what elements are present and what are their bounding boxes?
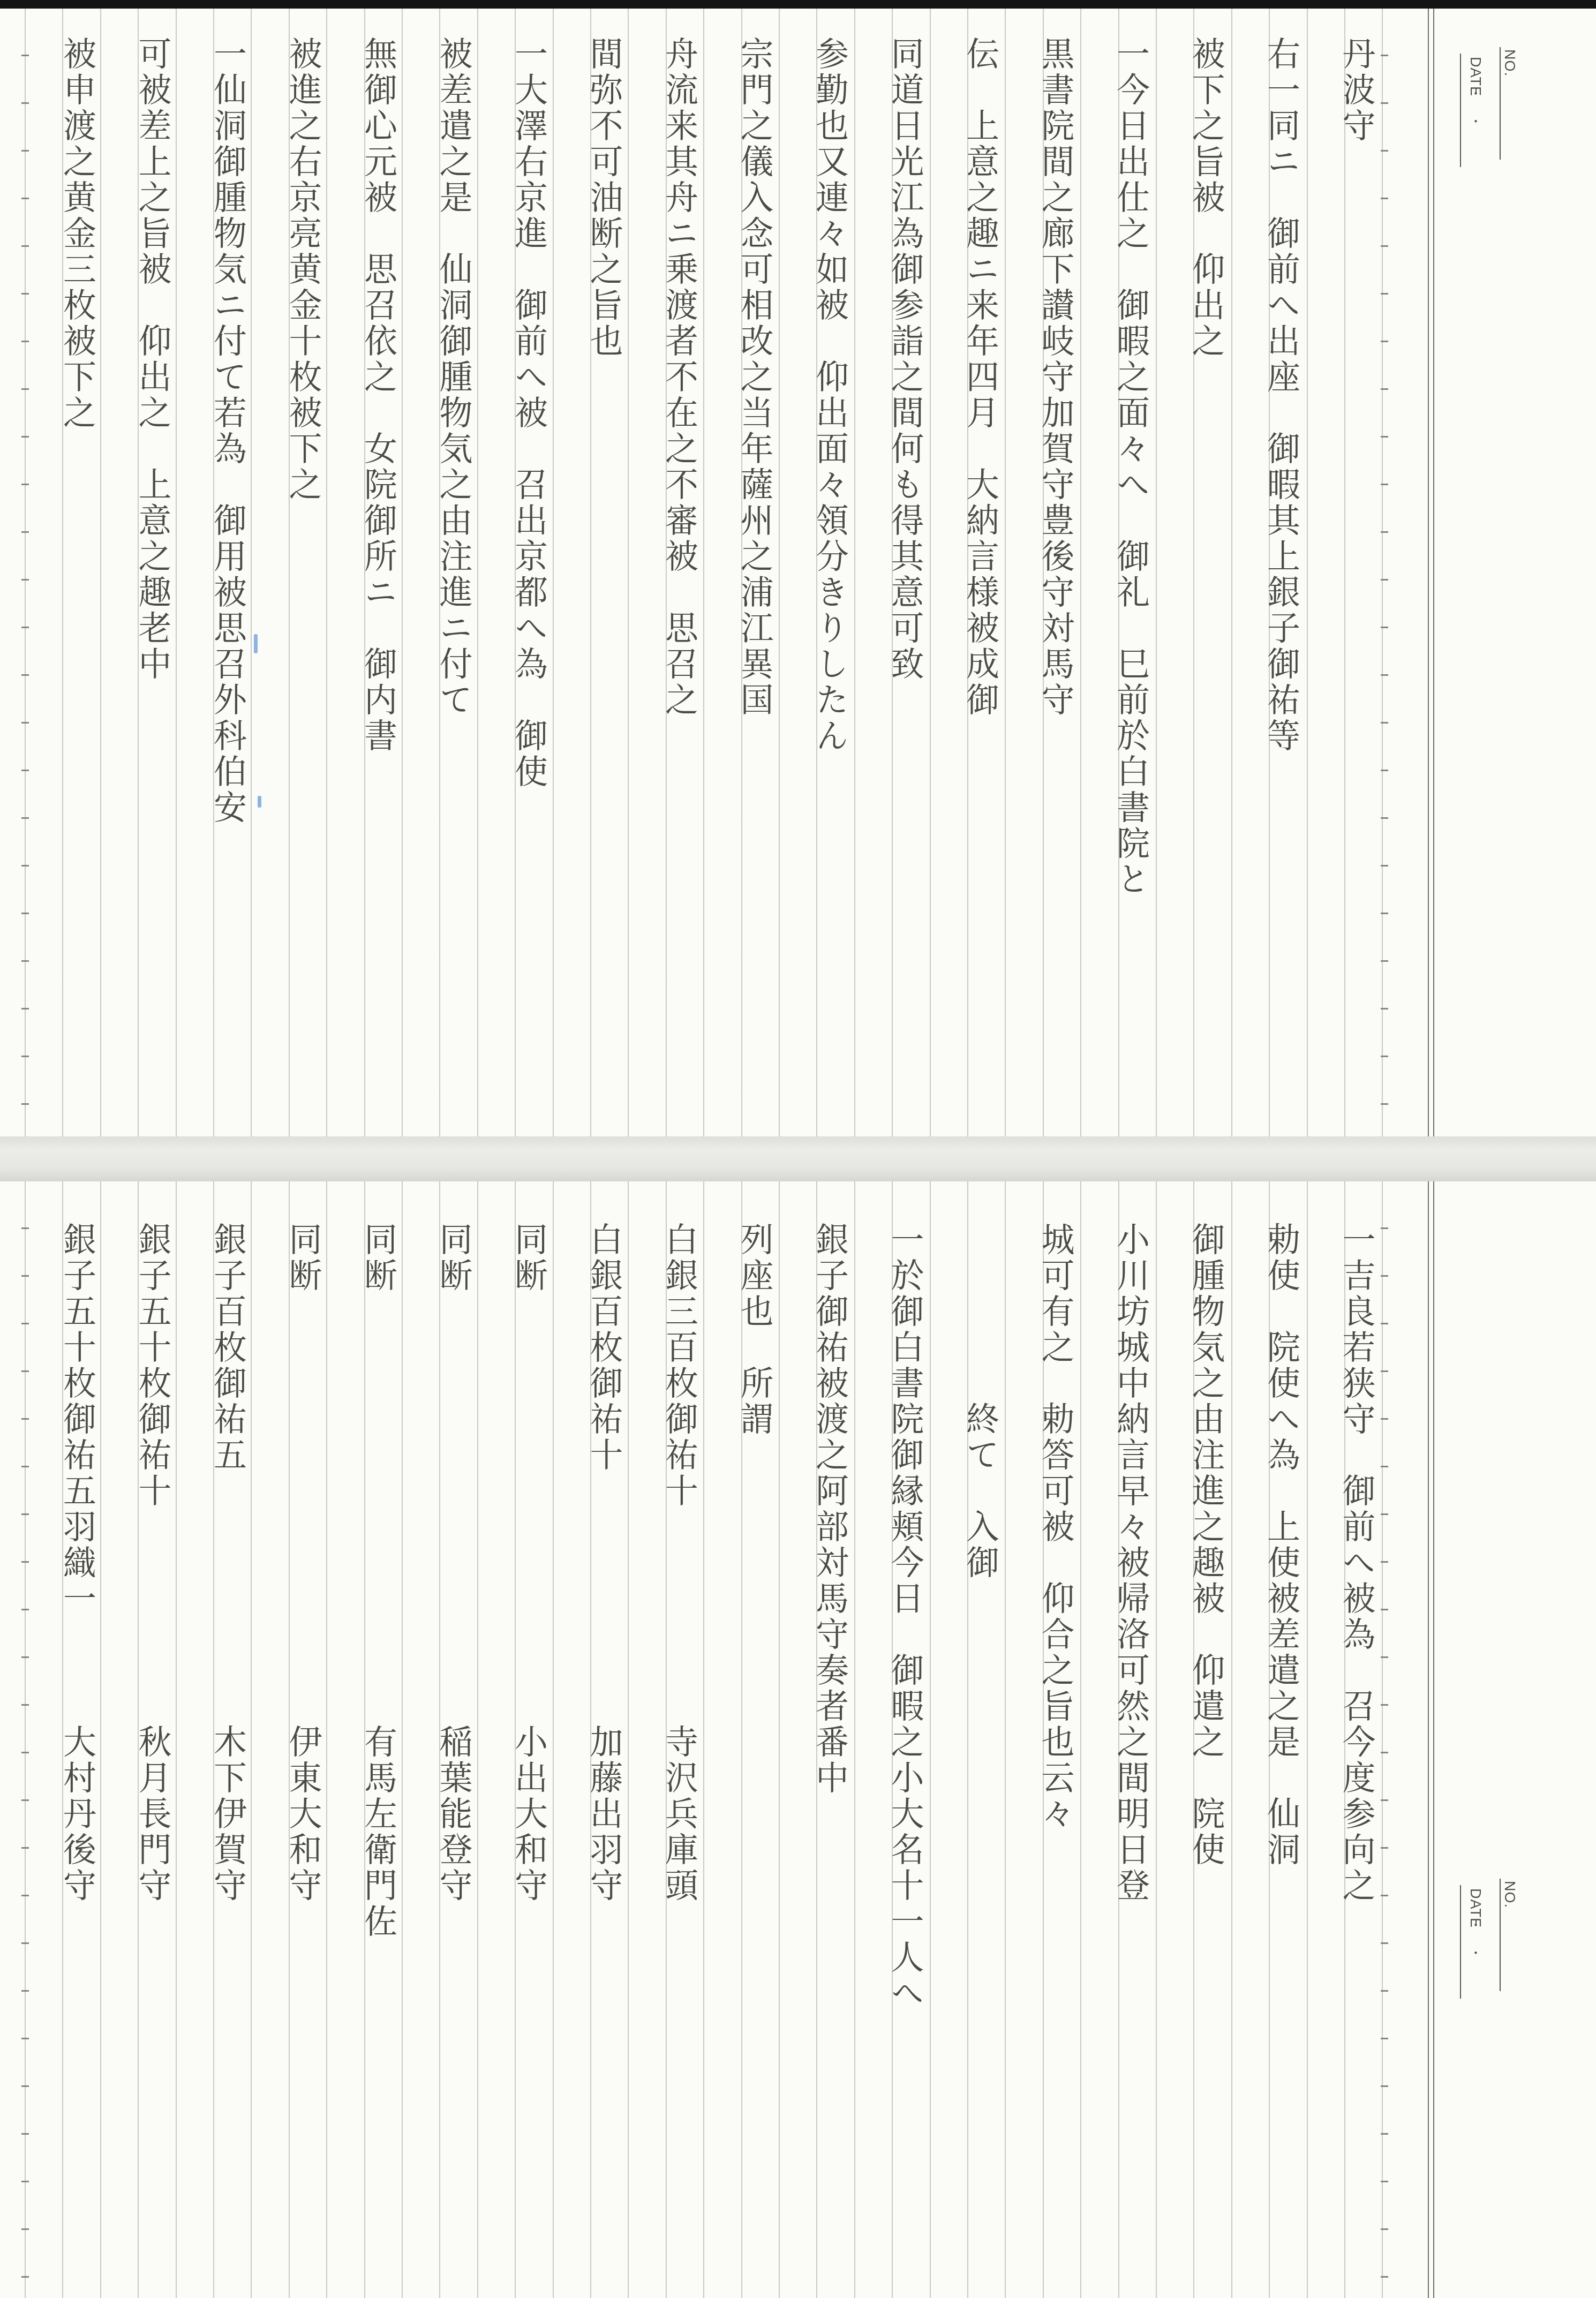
- manuscript-column-text: 被下之旨被 仰出之: [1189, 36, 1222, 359]
- margin-double-line: [1428, 9, 1429, 1136]
- manuscript-column: 可被差上之旨被 仰出之 上意之趣老中: [115, 36, 190, 682]
- manuscript-column: 丹波守: [1319, 36, 1394, 144]
- manuscript-column-text: 右一同ニ 御前へ出座 御暇其上銀子御祐等: [1264, 36, 1298, 754]
- manuscript-column: 参勤也又連々如被 仰出面々領分きりしたん: [792, 36, 867, 754]
- manuscript-column: 被下之旨被 仰出之: [1168, 36, 1243, 359]
- manuscript-column-text: 被進之右京亮黄金十枚被下之: [286, 36, 319, 503]
- margin-tick-line-left: [21, 9, 29, 1136]
- manuscript-column: 被進之右京亮黄金十枚被下之: [265, 36, 340, 503]
- margin-tick-line-left: [21, 1181, 29, 2298]
- manuscript-column: 列座也 所謂: [717, 1222, 792, 1437]
- date-underline: [1460, 1885, 1461, 1999]
- manuscript-column: 同断 稲葉能登守: [416, 1222, 491, 1904]
- no-underline: [1500, 1879, 1501, 1991]
- manuscript-column: 銀子百枚御祐五 木下伊賀守: [190, 1222, 265, 1904]
- date-dots: ・・: [1465, 87, 1484, 142]
- margin-double-line: [1433, 9, 1434, 1136]
- manuscript-column-text: 小川坊城中納言早々被帰洛可然之間明日登: [1114, 1222, 1147, 1904]
- manuscript-column-text: 同断 有馬左衛門佐: [362, 1222, 395, 1940]
- manuscript-column-text: 被申渡之黄金三枚被下之: [61, 36, 94, 431]
- no-label: NO.: [1501, 49, 1518, 77]
- manuscript-column: 一吉良若狭守 御前へ被為 召今度参向之: [1319, 1222, 1394, 1904]
- manuscript-column: 銀子五十枚御祐十 秋月長門守: [115, 1222, 190, 1904]
- manuscript-column-text: 一今日出仕之 御暇之面々へ 御礼 巳前於白書院と: [1114, 36, 1147, 898]
- manuscript-column: 右一同ニ 御前へ出座 御暇其上銀子御祐等: [1244, 36, 1319, 754]
- manuscript-column: 小川坊城中納言早々被帰洛可然之間明日登: [1093, 1222, 1168, 1904]
- manuscript-column: 間弥不可油断之旨也: [566, 36, 641, 359]
- manuscript-column: 宗門之儀入念可相改之当年薩州之浦江異国: [717, 36, 792, 718]
- margin-double-line: [1428, 1181, 1429, 2298]
- notebook-page-2: NO. DATE ・・ 一吉良若狭守 御前へ被為 召今度参向之勅使 院使へ為 上…: [0, 1181, 1596, 2298]
- manuscript-column-text: 舟流来其舟ニ乗渡者不在之不審被 思召之: [663, 36, 696, 718]
- manuscript-column: 御腫物気之由注進之趣被 仰遣之 院使: [1168, 1222, 1243, 1868]
- manuscript-column-text: 丹波守: [1339, 36, 1373, 144]
- manuscript-column: 伝 上意之趣ニ来年四月 大納言様被成御: [943, 36, 1018, 718]
- manuscript-column-text: 城可有之 勅答可被 仰合之旨也云々: [1038, 1222, 1072, 1832]
- manuscript-column: 白銀三百枚御祐十 寺沢兵庫頭: [642, 1222, 717, 1904]
- manuscript-column-text: 白銀三百枚御祐十 寺沢兵庫頭: [663, 1222, 696, 1904]
- manuscript-column-text: 伝 上意之趣ニ来年四月 大納言様被成御: [963, 36, 997, 718]
- manuscript-column: 城可有之 勅答可被 仰合之旨也云々: [1018, 1222, 1093, 1832]
- margin-double-line: [1433, 1181, 1434, 2298]
- manuscript-column-text: 白銀百枚御祐十 加藤出羽守: [587, 1222, 620, 1904]
- manuscript-column-text: 同断 小出大和守: [512, 1222, 545, 1904]
- notebook-page-1: NO. DATE ・・ 丹波守右一同ニ 御前へ出座 御暇其上銀子御祐等被下之旨被…: [0, 9, 1596, 1136]
- manuscript-column: 同断 有馬左衛門佐: [341, 1222, 416, 1940]
- no-label: NO.: [1501, 1881, 1518, 1908]
- manuscript-column-text: 勅使 院使へ為 上使被差遣之是 仙洞: [1264, 1222, 1298, 1868]
- manuscript-column-text: 同道日光江為御参詣之間何も得其意可致: [888, 36, 921, 682]
- manuscript-column-text: 黒書院間之廊下讃岐守加賀守豊後守対馬守: [1038, 36, 1072, 718]
- date-dots: ・・: [1465, 1918, 1484, 1974]
- manuscript-column-text: 終て 入御: [963, 1222, 997, 1581]
- manuscript-column: 一於御白書院御縁頬今日 御暇之小大名十一人へ: [867, 1222, 942, 2011]
- manuscript-column-text: 宗門之儀入念可相改之当年薩州之浦江異国: [737, 36, 771, 718]
- manuscript-column-text: 同断 稲葉能登守: [436, 1222, 470, 1904]
- manuscript-column-text: 一仙洞御腫物気ニ付て若為 御用被思召外科伯安: [211, 36, 244, 826]
- manuscript-column-text: 一於御白書院御縁頬今日 御暇之小大名十一人へ: [888, 1222, 921, 2011]
- manuscript-column-text: 銀子五十枚御祐十 秋月長門守: [135, 1222, 169, 1904]
- no-underline: [1500, 47, 1501, 160]
- manuscript-column: 白銀百枚御祐十 加藤出羽守: [566, 1222, 641, 1904]
- manuscript-column-text: 無御心元被 思召依之 女院御所ニ 御内書: [362, 36, 395, 754]
- manuscript-column: 一今日出仕之 御暇之面々へ 御礼 巳前於白書院と: [1093, 36, 1168, 898]
- sheet-gap-shadow: [0, 1136, 1596, 1181]
- date-underline: [1460, 54, 1461, 167]
- manuscript-column-text: 間弥不可油断之旨也: [587, 36, 620, 359]
- manuscript-column: 同断 小出大和守: [491, 1222, 566, 1904]
- manuscript-column-text: 銀子百枚御祐五 木下伊賀守: [211, 1222, 244, 1904]
- manuscript-column-text: 一大澤右京進 御前へ被 召出京都へ為 御使: [512, 36, 545, 790]
- manuscript-column: 一仙洞御腫物気ニ付て若為 御用被思召外科伯安: [190, 36, 265, 826]
- manuscript-column-text: 御腫物気之由注進之趣被 仰遣之 院使: [1189, 1222, 1222, 1868]
- manuscript-column: 舟流来其舟ニ乗渡者不在之不審被 思召之: [642, 36, 717, 718]
- manuscript-column: 被差遣之是 仙洞御腫物気之由注進ニ付て: [416, 36, 491, 718]
- manuscript-column: 銀子御祐被渡之阿部対馬守奏者番中: [792, 1222, 867, 1796]
- manuscript-column-text: 同断 伊東大和守: [286, 1222, 319, 1904]
- manuscript-column-text: 参勤也又連々如被 仰出面々領分きりしたん: [813, 36, 846, 754]
- manuscript-column-text: 銀子御祐被渡之阿部対馬守奏者番中: [813, 1222, 846, 1796]
- manuscript-column: 同道日光江為御参詣之間何も得其意可致: [867, 36, 942, 682]
- blue-highlight-mark: [258, 796, 261, 808]
- manuscript-column: 被申渡之黄金三枚被下之: [40, 36, 115, 431]
- manuscript-column: 黒書院間之廊下讃岐守加賀守豊後守対馬守: [1018, 36, 1093, 718]
- blue-highlight-mark: [254, 634, 258, 653]
- manuscript-column: 一大澤右京進 御前へ被 召出京都へ為 御使: [491, 36, 566, 790]
- manuscript-column: 終て 入御: [943, 1222, 1018, 1581]
- manuscript-column-text: 一吉良若狭守 御前へ被為 召今度参向之: [1339, 1222, 1373, 1904]
- manuscript-column-text: 銀子五十枚御祐五羽織一 大村丹後守: [61, 1222, 94, 1904]
- manuscript-column: 無御心元被 思召依之 女院御所ニ 御内書: [341, 36, 416, 754]
- manuscript-column: 同断 伊東大和守: [265, 1222, 340, 1904]
- scanner-edge-strip: [0, 0, 1596, 9]
- manuscript-column: 勅使 院使へ為 上使被差遣之是 仙洞: [1244, 1222, 1319, 1868]
- manuscript-column: 銀子五十枚御祐五羽織一 大村丹後守: [40, 1222, 115, 1904]
- manuscript-column-text: 被差遣之是 仙洞御腫物気之由注進ニ付て: [436, 36, 470, 718]
- manuscript-column-text: 可被差上之旨被 仰出之 上意之趣老中: [135, 36, 169, 682]
- scanned-manuscript: NO. DATE ・・ 丹波守右一同ニ 御前へ出座 御暇其上銀子御祐等被下之旨被…: [0, 0, 1596, 2298]
- margin-tick-line-right: [1381, 9, 1388, 1136]
- manuscript-column-text: 列座也 所謂: [737, 1222, 771, 1437]
